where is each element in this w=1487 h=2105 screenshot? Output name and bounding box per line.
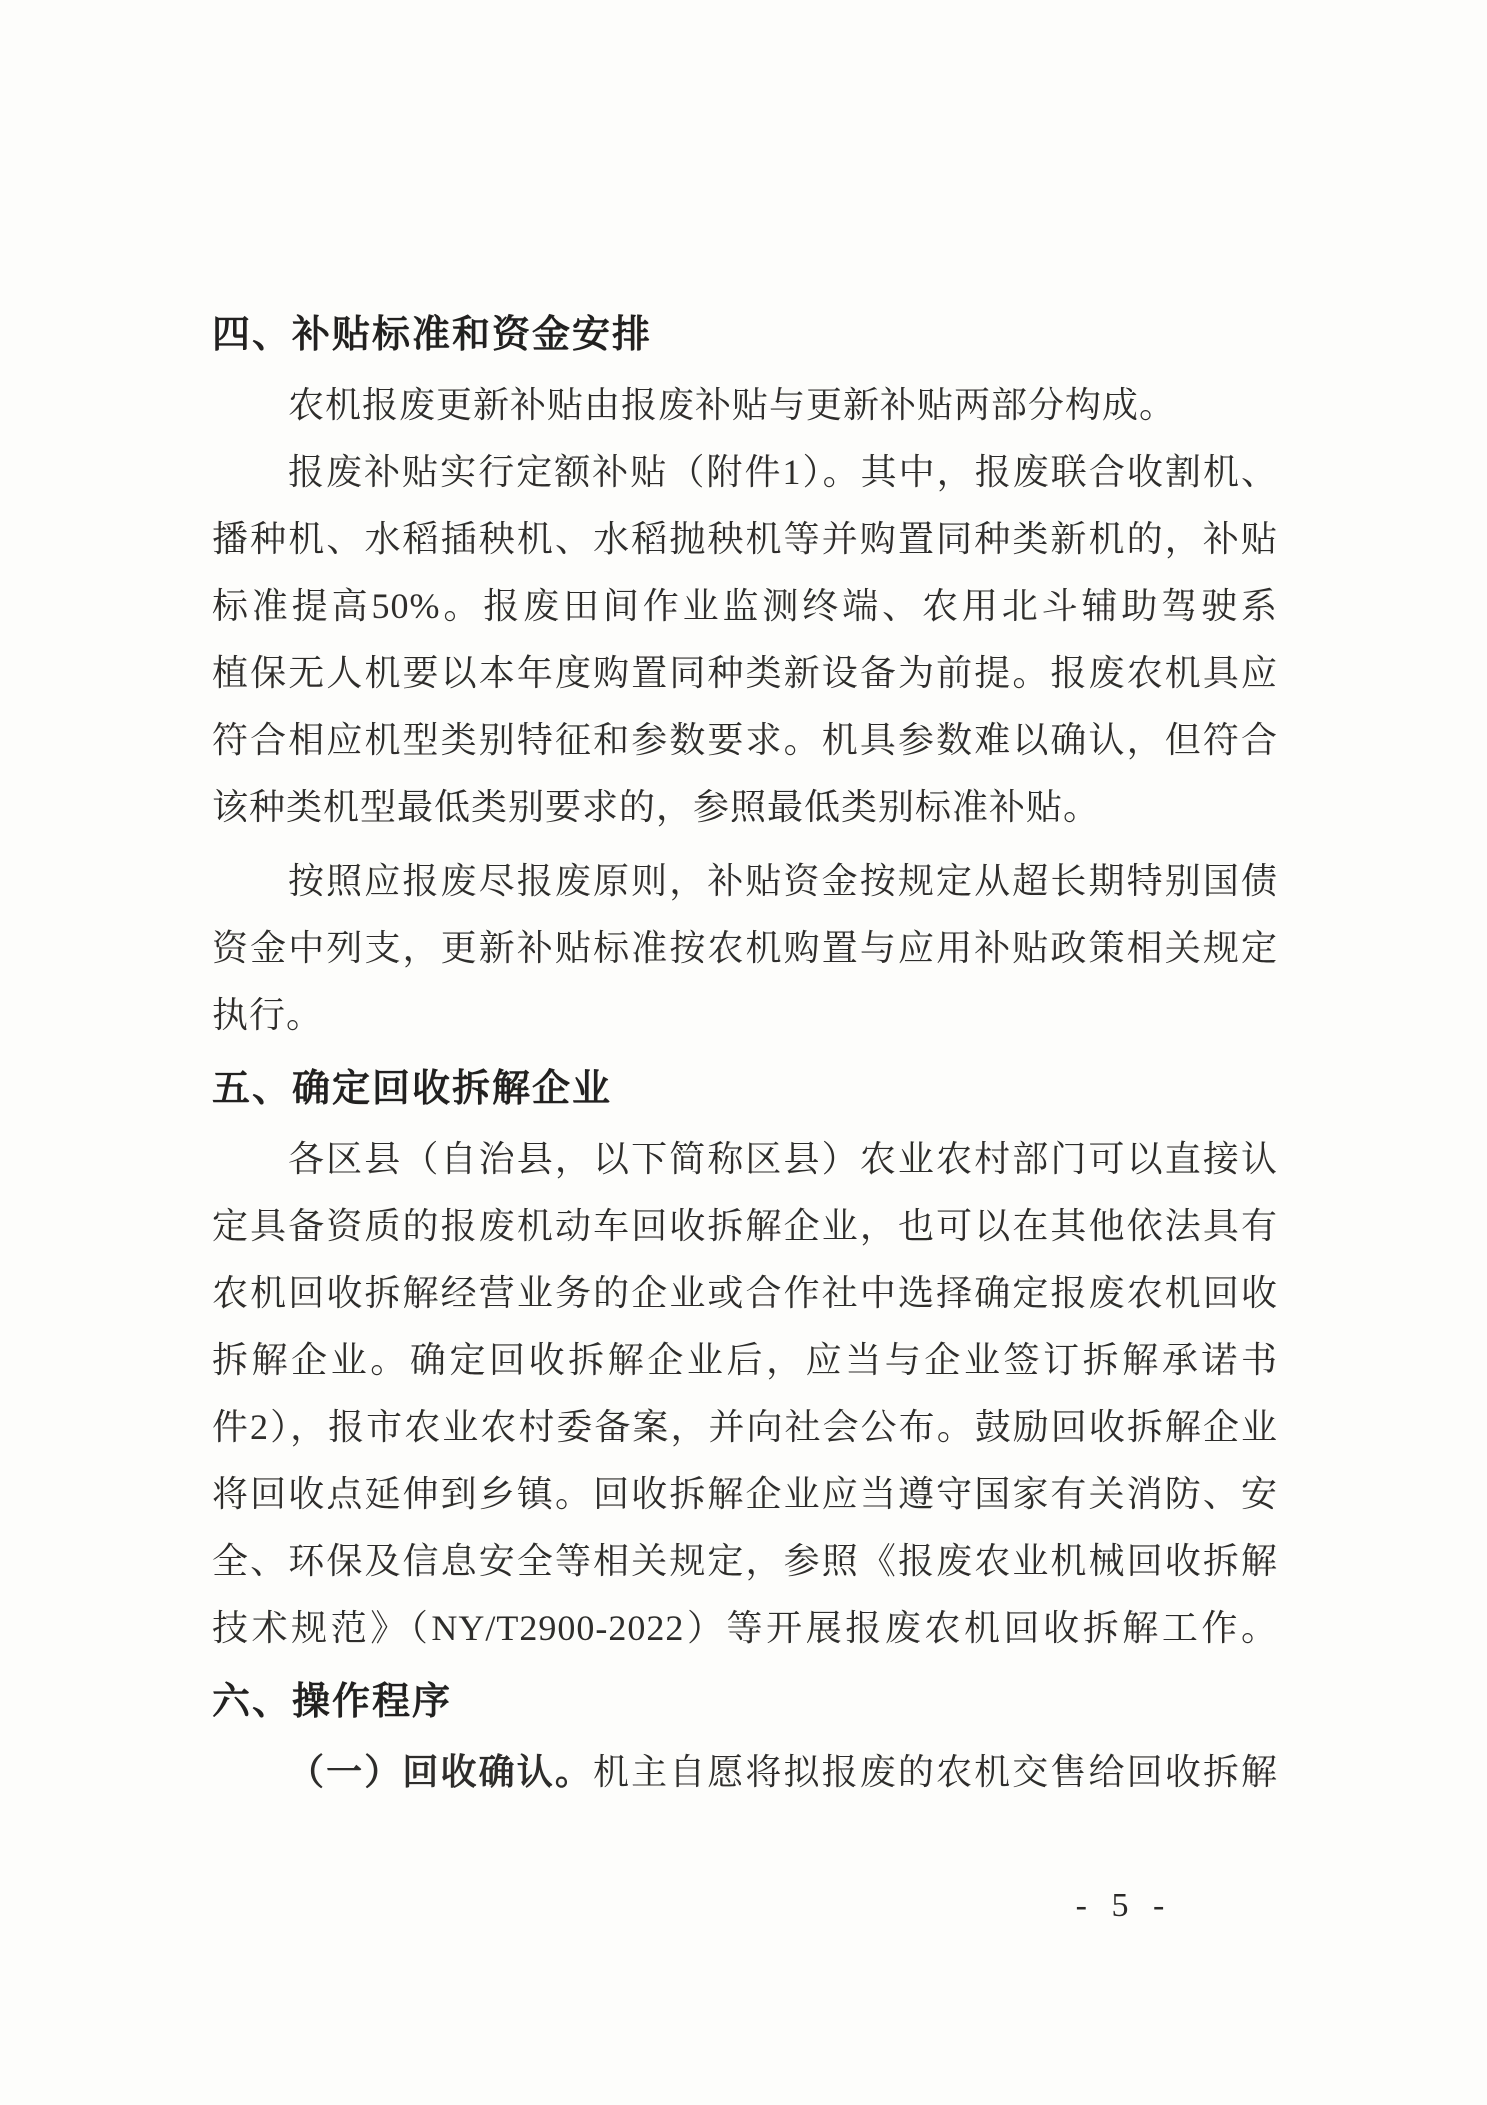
section-heading: 六、操作程序 (212, 1669, 1278, 1736)
document-content: 四、补贴标准和资金安排农机报废更新补贴由报废补贴与更新补贴两部分构成。报废补贴实… (212, 295, 1278, 1806)
text-line: 符合相应机型类别特征和参数要求。机具参数难以确认，但符合 (212, 707, 1278, 774)
list-item-label: （一）回收确认。 (288, 1752, 593, 1792)
text-line: 拆解企业。确定回收拆解企业后，应当与企业签订拆解承诺书（附 (212, 1327, 1278, 1394)
text-line: 按照应报废尽报废原则，补贴资金按规定从超长期特别国债 (212, 848, 1278, 915)
text-line: 资金中列支，更新补贴标准按农机购置与应用补贴政策相关规定 (212, 915, 1278, 982)
text-line: 定具备资质的报废机动车回收拆解企业，也可以在其他依法具有 (212, 1193, 1278, 1260)
text-line: 全、环保及信息安全等相关规定，参照《报废农业机械回收拆解 (212, 1528, 1278, 1595)
document-page: 四、补贴标准和资金安排农机报废更新补贴由报废补贴与更新补贴两部分构成。报废补贴实… (0, 0, 1487, 2105)
section-heading: 四、补贴标准和资金安排 (212, 302, 1278, 369)
text-line: 标准提高50%。报废田间作业监测终端、农用北斗辅助驾驶系统、 (212, 573, 1278, 640)
text-line: 农机回收拆解经营业务的企业或合作社中选择确定报废农机回收 (212, 1260, 1278, 1327)
text-line: 报废补贴实行定额补贴（附件1）。其中，报废联合收割机、 (212, 439, 1278, 506)
text-line: 技术规范》（NY/T2900-2022）等开展报废农机回收拆解工作。 (212, 1595, 1278, 1662)
section-heading: 五、确定回收拆解企业 (212, 1056, 1278, 1123)
text-line: 农机报废更新补贴由报废补贴与更新补贴两部分构成。 (212, 372, 1278, 439)
text-line: 将回收点延伸到乡镇。回收拆解企业应当遵守国家有关消防、安 (212, 1461, 1278, 1528)
text-line: 件2），报市农业农村委备案，并向社会公布。鼓励回收拆解企业 (212, 1394, 1278, 1461)
text-line: 播种机、水稻插秧机、水稻抛秧机等并购置同种类新机的，补贴 (212, 506, 1278, 573)
page-number: - 5 - (1058, 1882, 1190, 1930)
text-line: 各区县（自治县，以下简称区县）农业农村部门可以直接认 (212, 1126, 1278, 1193)
text-line: 该种类机型最低类别要求的，参照最低类别标准补贴。 (212, 774, 1278, 841)
text-line: 执行。 (212, 982, 1278, 1049)
text-line: 植保无人机要以本年度购置同种类新设备为前提。报废农机具应 (212, 640, 1278, 707)
list-item-text: 机主自愿将拟报废的农机交售给回收拆解 (593, 1752, 1278, 1792)
text-line: （一）回收确认。机主自愿将拟报废的农机交售给回收拆解 (212, 1739, 1278, 1806)
